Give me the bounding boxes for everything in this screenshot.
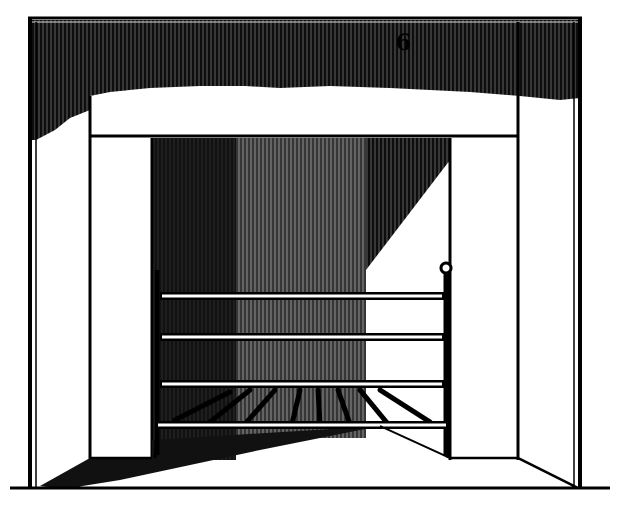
fireplace-drawing <box>0 0 620 512</box>
mantel-shading <box>30 20 580 140</box>
figure-number: 6 <box>396 30 411 56</box>
